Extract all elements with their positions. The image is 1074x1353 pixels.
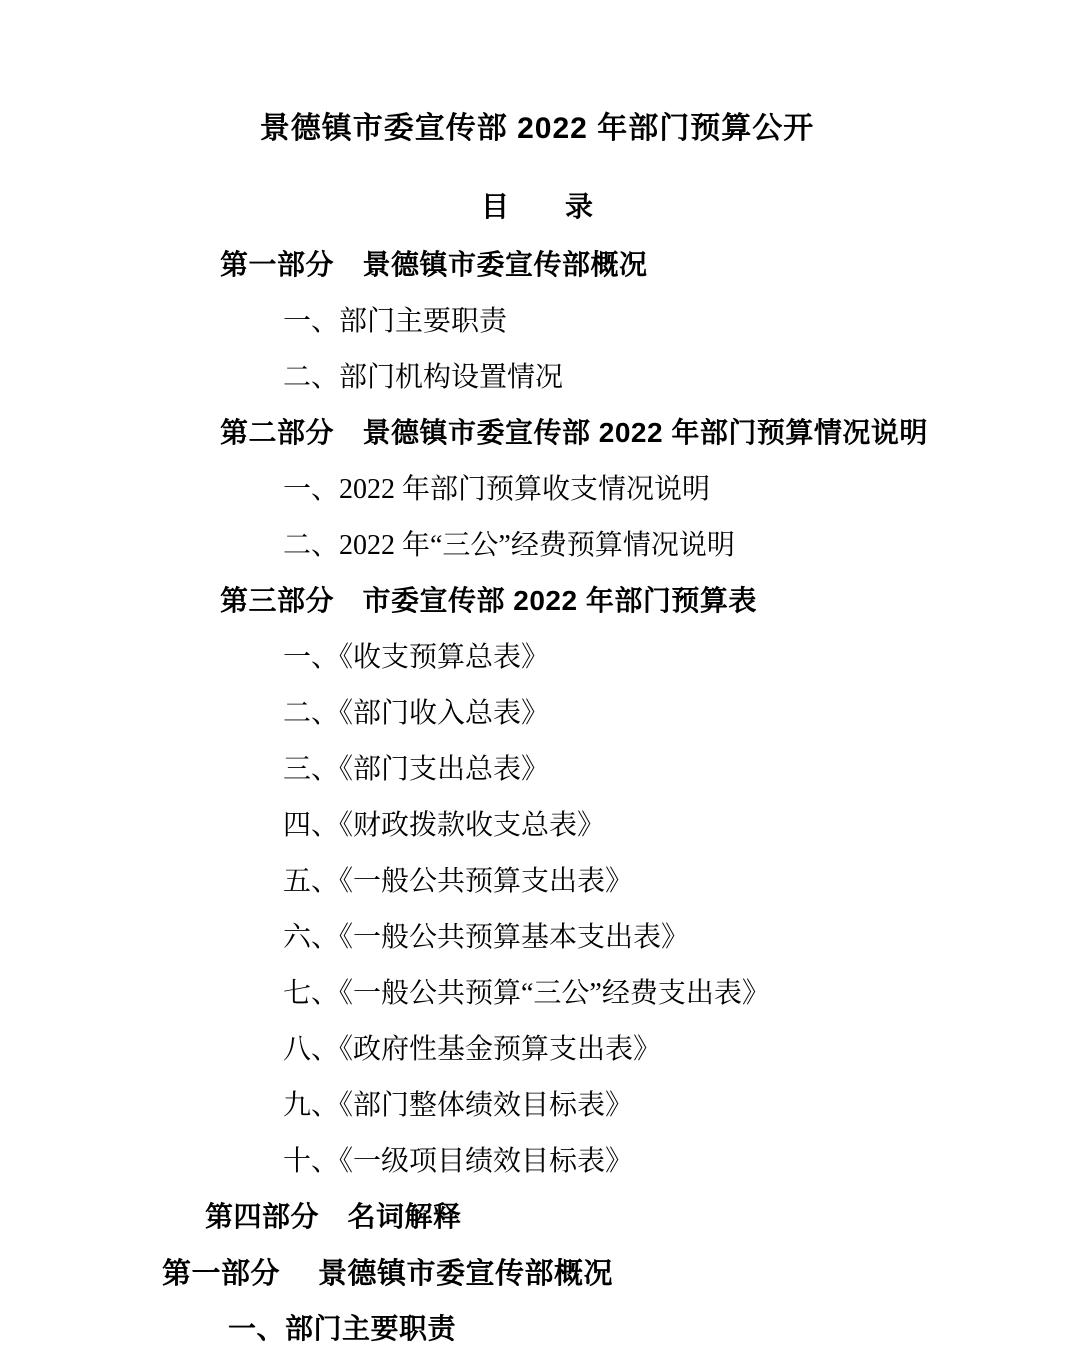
toc-item-part3-10: 十、《一级项目绩效目标表》 [0,1131,1074,1187]
toc-item-part1-1: 一、部门主要职责 [0,291,1074,347]
toc-item-part3-4: 四、《财政拨款收支总表》 [0,795,1074,851]
toc-item-part3-1: 一、《收支预算总表》 [0,627,1074,683]
toc-item-part3-6: 六、《一般公共预算基本支出表》 [0,907,1074,963]
body-sub-heading: 一、部门主要职责 [0,1299,1074,1353]
toc-item-part3-8: 八、《政府性基金预算支出表》 [0,1019,1074,1075]
toc-section-part3: 第三部分 市委宣传部 2022 年部门预算表 [0,571,1074,627]
document-page: 景德镇市委宣传部 2022 年部门预算公开 目 录 第一部分 景德镇市委宣传部概… [0,0,1074,1353]
toc-item-part3-7: 七、《一般公共预算“三公”经费支出表》 [0,963,1074,1019]
body-part1-heading: 第一部分 景德镇市委宣传部概况 [0,1243,1074,1299]
toc-item-part1-2: 二、部门机构设置情况 [0,347,1074,403]
toc-item-part2-2: 二、2022 年“三公”经费预算情况说明 [0,515,1074,571]
toc-section-part4: 第四部分 名词解释 [0,1187,1074,1243]
document-title: 景德镇市委宣传部 2022 年部门预算公开 [0,110,1074,148]
toc-section-part2: 第二部分 景德镇市委宣传部 2022 年部门预算情况说明 [0,403,1074,459]
toc-item-part3-3: 三、《部门支出总表》 [0,739,1074,795]
toc-item-part3-5: 五、《一般公共预算支出表》 [0,851,1074,907]
toc-item-part2-1: 一、2022 年部门预算收支情况说明 [0,459,1074,515]
toc-item-part3-9: 九、《部门整体绩效目标表》 [0,1075,1074,1131]
toc-item-part3-2: 二、《部门收入总表》 [0,683,1074,739]
toc-list: 第一部分 景德镇市委宣传部概况 一、部门主要职责 二、部门机构设置情况 第二部分… [0,235,1074,1353]
toc-section-part1: 第一部分 景德镇市委宣传部概况 [0,235,1074,291]
toc-title: 目 录 [0,191,1074,223]
